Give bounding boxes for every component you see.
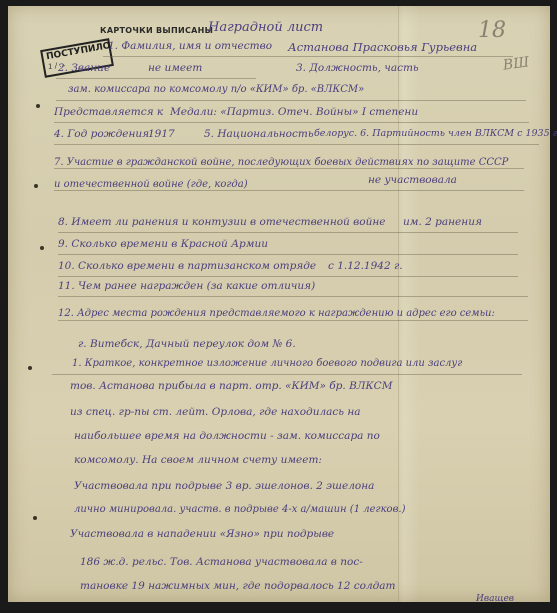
- field-12-label: 12. Адрес места рождения представляемого…: [58, 304, 528, 324]
- field-5-value: белорус. 6. Партийность член ВЛКСМ с 193…: [314, 128, 557, 139]
- field-2-value: не имеет: [148, 62, 202, 74]
- narrative-line: Участвовала при подрыве 3 вр. эшелонов. …: [74, 480, 374, 492]
- award-label: Представляется к: [54, 106, 163, 118]
- award-value: Медали: «Партиз. Отеч. Войны» I степени: [170, 106, 418, 118]
- rule: [58, 320, 528, 321]
- rule: [54, 190, 524, 191]
- rule: [54, 168, 524, 169]
- field-7-value: не участвовала: [368, 174, 457, 186]
- rule: [58, 296, 528, 297]
- narrative-line: Участвовала в нападении «Язно» при подры…: [70, 528, 334, 540]
- narrative-line: наибольшее время на должности - зам. ком…: [74, 430, 380, 442]
- field-11-label: 11. Чем ранее награжден (за какие отличи…: [58, 280, 315, 292]
- punch-hole: [28, 366, 32, 370]
- field-5-label: 5. Национальность: [204, 128, 314, 140]
- rule: [58, 254, 518, 255]
- rule: [58, 232, 518, 233]
- rule: [103, 56, 513, 57]
- punch-hole: [34, 184, 38, 188]
- narrative-heading: 1. Краткое, конкретное изложение личного…: [72, 358, 462, 369]
- narrative-line: из спец. гр-пы ст. лейт. Орлова, где нах…: [70, 406, 361, 418]
- narrative-line: тов. Астанова прибыла в парт. отр. «КИМ»…: [70, 380, 392, 392]
- field-9-label: 9. Сколько времени в Красной Армии: [58, 238, 268, 250]
- field-3-value: зам. комиссара по комсомолу п/о «КИМ» бр…: [68, 84, 364, 95]
- document-title: Наградной лист: [208, 20, 323, 35]
- rule: [56, 100, 526, 101]
- narrative-line: 186 ж.д. рельс. Тов. Астанова участвовал…: [80, 556, 363, 568]
- rule: [56, 78, 256, 79]
- corner-mark: ВШ: [502, 54, 530, 73]
- rule: [58, 276, 518, 277]
- cards-issued-label: КАРТОЧКИ ВЫПИСАНЫ: [100, 26, 213, 35]
- field-10-value: с 1.12.1942 г.: [328, 260, 403, 272]
- rule: [54, 122, 529, 123]
- field-1-label: 1. Фамилия, имя и отчество: [108, 40, 272, 52]
- field-8-value: им. 2 ранения: [403, 216, 482, 228]
- sheet-number: 18: [478, 18, 506, 43]
- narrative-line: комсомолу. На своем личном счету имеет:: [74, 454, 322, 466]
- punch-hole: [40, 246, 44, 250]
- award-sheet: КАРТОЧКИ ВЫПИСАНЫ Наградной лист 18 ВШ П…: [8, 6, 550, 602]
- rule: [54, 144, 539, 145]
- narrative-line: тановке 19 нажимных мин, где подорвалось…: [80, 580, 396, 592]
- punch-hole: [33, 516, 37, 520]
- signature: Иващев: [476, 594, 514, 604]
- field-3-label: 3. Должность, часть: [296, 62, 419, 74]
- field-2-label: 2. Звание: [58, 62, 110, 74]
- field-1-value: Астанова Прасковья Гурьевна: [288, 40, 477, 54]
- narrative-line: лично минировала. участв. в подрыве 4-х …: [74, 504, 405, 515]
- field-10-label: 10. Сколько времени в партизанском отряд…: [58, 260, 316, 272]
- punch-hole: [36, 104, 40, 108]
- rule: [52, 374, 522, 375]
- field-8-label: 8. Имеет ли ранения и контузии в отечест…: [58, 216, 385, 228]
- field-12-value: г. Витебск, Дачный переулок дом № 6.: [78, 338, 296, 350]
- field-4-value: 1917: [148, 128, 175, 140]
- field-4-label: 4. Год рождения: [54, 128, 149, 140]
